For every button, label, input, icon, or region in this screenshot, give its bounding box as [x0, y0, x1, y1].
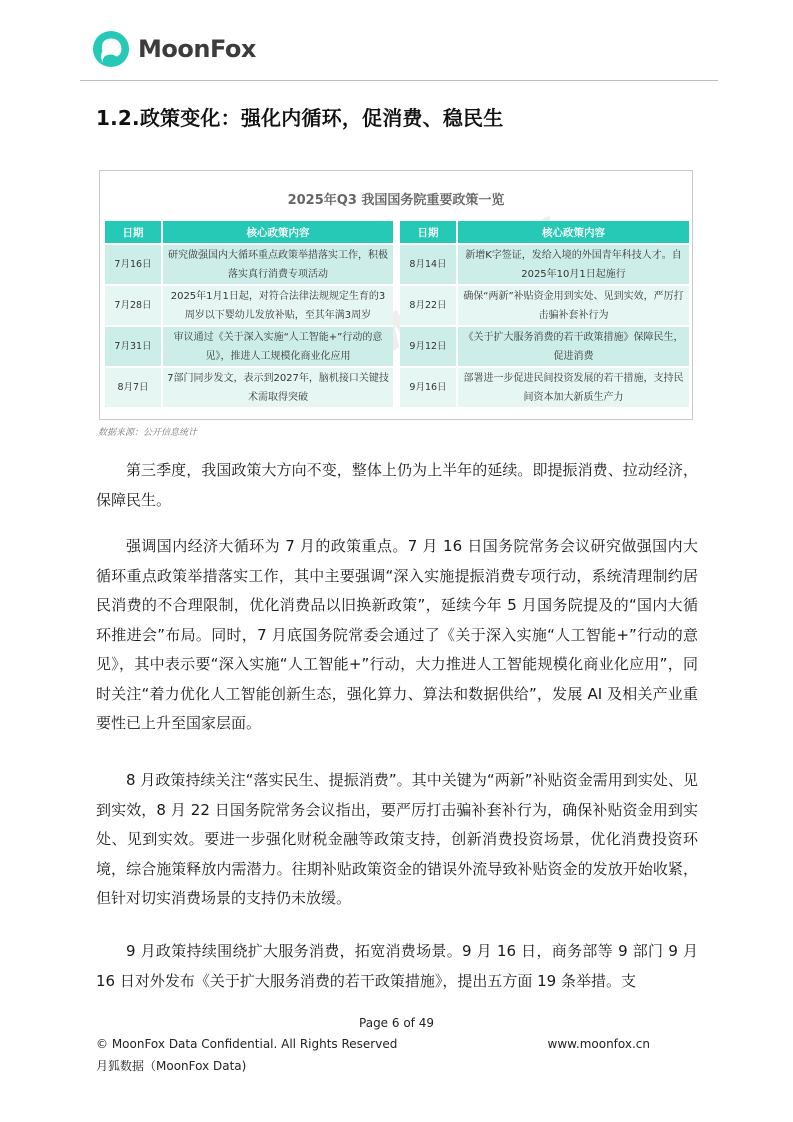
column-header-date: 日期	[105, 221, 163, 243]
row-content: 《关于扩大服务消费的若干政策措施》保障民生，促进消费	[458, 325, 689, 366]
row-content: 2025年1月1日起，对符合法律法规规定生育的3周岁以下婴幼儿发放补贴，至其年满…	[163, 284, 393, 325]
policy-table-left: 日期 核心政策内容 7月16日 研究做强国内大循环重点政策举措落实工作，积极落实…	[105, 221, 393, 407]
row-content: 部署进一步促进民间投资发展的若干措施，支持民间资本加大新质生产力	[458, 366, 689, 407]
table-row: 7月31日 审议通过《关于深入实施“人工智能+”行动的意见》，推进人工规模化商业…	[105, 325, 393, 366]
column-header-content: 核心政策内容	[458, 221, 689, 243]
row-date: 9月12日	[400, 325, 458, 366]
data-source-note: 数据来源：公开信息统计	[98, 425, 197, 438]
column-header-content: 核心政策内容	[163, 221, 393, 243]
paragraph-text: 第三季度，我国政策大方向不变，整体上仍为上半年的延续。即提振消费、拉动经济，保障…	[96, 456, 698, 515]
moonfox-logo-icon	[92, 30, 130, 68]
row-date: 9月16日	[400, 366, 458, 407]
table-row: 7月16日 研究做强国内大循环重点政策举措落实工作，积极落实真行消费专项活动	[105, 243, 393, 284]
table-row: 9月16日 部署进一步促进民间投资发展的若干措施，支持民间资本加大新质生产力	[400, 366, 689, 407]
page-header: MoonFox	[80, 28, 720, 82]
policy-figure: MoonFox 2025年Q3 我国国务院重要政策一览 日期 核心政策内容 7月…	[99, 170, 693, 420]
paragraph-text: 8 月政策持续关注“落实民生、提振消费”。其中关键为“两新”补贴资金需用到实处、…	[96, 766, 698, 914]
row-content: 审议通过《关于深入实施“人工智能+”行动的意见》，推进人工规模化商业化应用	[163, 325, 393, 366]
row-content: 新增K字签证，发给入境的外国青年科技人才。自2025年10月1日起施行	[458, 243, 689, 284]
policy-table-right: 日期 核心政策内容 8月14日 新增K字签证，发给入境的外国青年科技人才。自20…	[400, 221, 689, 407]
figure-title: 2025年Q3 我国国务院重要政策一览	[100, 189, 692, 208]
logo: MoonFox	[92, 30, 256, 68]
body-paragraph-4: 9 月政策持续围绕扩大服务消费，拓宽消费场景。9 月 16 日，商务部等 9 部…	[96, 937, 698, 1004]
logo-text: MoonFox	[138, 35, 256, 63]
row-content: 研究做强国内大循环重点政策举措落实工作，积极落实真行消费专项活动	[163, 243, 393, 284]
table-row: 8月14日 新增K字签证，发给入境的外国青年科技人才。自2025年10月1日起施…	[400, 243, 689, 284]
row-date: 8月7日	[105, 366, 163, 407]
body-paragraph-1: 第三季度，我国政策大方向不变，整体上仍为上半年的延续。即提振消费、拉动经济，保障…	[96, 456, 698, 523]
copyright-notice: © MoonFox Data Confidential. All Rights …	[96, 1037, 397, 1051]
row-date: 7月31日	[105, 325, 163, 366]
row-date: 8月22日	[400, 284, 458, 325]
row-date: 7月28日	[105, 284, 163, 325]
row-date: 7月16日	[105, 243, 163, 284]
body-paragraph-3: 8 月政策持续关注“落实民生、提振消费”。其中关键为“两新”补贴资金需用到实处、…	[96, 766, 698, 922]
website-link[interactable]: www.moonfox.cn	[548, 1037, 650, 1051]
table-row: 8月22日 确保“两新”补贴资金用到实处、见到实效，严厉打击骗补套补行为	[400, 284, 689, 325]
row-content: 7部门同步发文，表示到2027年，脑机接口关键技术需取得突破	[163, 366, 393, 407]
paragraph-text: 9 月政策持续围绕扩大服务消费，拓宽消费场景。9 月 16 日，商务部等 9 部…	[96, 937, 698, 996]
row-content: 确保“两新”补贴资金用到实处、见到实效，严厉打击骗补套补行为	[458, 284, 689, 325]
page-number: Page 6 of 49	[0, 1016, 793, 1030]
body-paragraph-2: 强调国内经济大循环为 7 月的政策重点。7 月 16 日国务院常务会议研究做强国…	[96, 532, 698, 747]
paragraph-text: 强调国内经济大循环为 7 月的政策重点。7 月 16 日国务院常务会议研究做强国…	[96, 532, 698, 739]
table-row: 8月7日 7部门同步发文，表示到2027年，脑机接口关键技术需取得突破	[105, 366, 393, 407]
header-divider	[80, 80, 718, 81]
table-row: 9月12日 《关于扩大服务消费的若干政策措施》保障民生，促进消费	[400, 325, 689, 366]
company-name: 月狐数据（MoonFox Data)	[96, 1057, 246, 1074]
column-header-date: 日期	[400, 221, 458, 243]
row-date: 8月14日	[400, 243, 458, 284]
section-title: 1.2.政策变化：强化内循环，促消费、稳民生	[96, 102, 503, 131]
table-row: 7月28日 2025年1月1日起，对符合法律法规规定生育的3周岁以下婴幼儿发放补…	[105, 284, 393, 325]
